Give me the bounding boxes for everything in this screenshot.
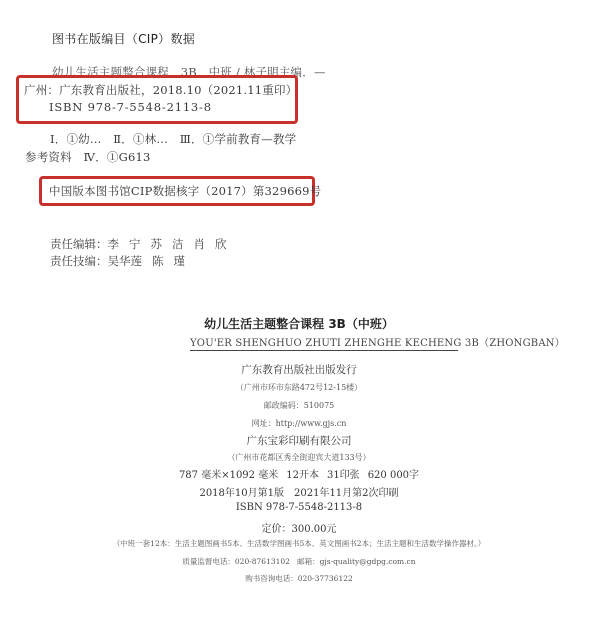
purchase-phone: 购书咨询电话：020-37736122 (0, 573, 598, 584)
printer-address: （广州市花都区秀全街迎宾大道133号） (0, 452, 598, 463)
postcode: 邮政编码：510075 (0, 400, 598, 411)
editor-name: 洁 (172, 237, 184, 251)
tech-editor-name: 陈 (152, 254, 164, 268)
edition-info: 2018年10月第1版 2021年11月第2次印刷 (0, 484, 598, 499)
tech-editor-name: 瑾 (174, 254, 186, 268)
spec-words: 620 000字 (368, 470, 419, 481)
editor-name: 苏 (151, 237, 163, 251)
editor-name: 欣 (215, 237, 227, 251)
book-title: 幼儿生活主题整合课程 3B（中班） (0, 315, 598, 332)
website: 网址：http://www.gjs.cn (0, 418, 598, 429)
cip-verification-number: 中国版本图书馆CIP数据核字（2017）第329669号 (49, 183, 321, 199)
editor-name: 李 (108, 237, 120, 251)
publisher-name: 广东教育出版社出版发行 (0, 362, 598, 377)
set-contents-note: （中班一套12本：生活主题图画书5本、生活数学图画书5本、英文图画书2本；生活主… (0, 538, 598, 549)
tech-editors-label: 责任技编： (50, 254, 108, 268)
book-title-pinyin: YOU'ER SHENGHUO ZHUTI ZHENGHE KECHENG 3B… (190, 334, 458, 351)
quality-contact: 质量监督电话：020-87613102 邮箱：gjs-quality@gdpg.… (0, 556, 598, 567)
technical-editors: 责任技编：吴华莲陈瑾 (50, 253, 185, 269)
cip-heading: 图书在版编目（CIP）数据 (52, 30, 195, 47)
quality-email: 邮箱：gjs-quality@gdpg.com.cn (297, 557, 416, 566)
editors-label: 责任编辑： (50, 237, 108, 251)
cip-isbn-line: ISBN 978-7-5548-2113-8 (49, 100, 212, 114)
editor-name: 肖 (194, 237, 206, 251)
cip-publisher-line: 广州：广东教育出版社，2018.10（2021.11重印） (24, 82, 297, 98)
print-specifications: 787 毫米×1092 毫米12开本31印张620 000字 (0, 466, 598, 481)
publisher-address: （广州市环市东路472号12-15楼） (0, 382, 598, 393)
price: 定价：300.00元 (0, 520, 598, 535)
colophon-isbn: ISBN 978-7-5548-2113-8 (0, 502, 598, 513)
spec-sheets: 31印张 (327, 470, 360, 481)
tech-editor-name: 吴华莲 (108, 254, 143, 268)
printer-name: 广东宝彩印刷有限公司 (0, 433, 598, 448)
cip-classification-line-2: 参考资料 Ⅳ．①G613 (25, 149, 151, 165)
responsible-editors: 责任编辑：李宁苏洁肖欣 (50, 236, 227, 252)
spec-format: 787 毫米×1092 毫米 (179, 470, 278, 481)
cip-classification-line: Ⅰ．①幼… Ⅱ．①林… Ⅲ．①学前教育—教学 (50, 131, 296, 147)
editor-name: 宁 (129, 237, 141, 251)
quality-phone: 质量监督电话：020-87613102 (182, 557, 290, 566)
spec-folio: 12开本 (286, 470, 319, 481)
